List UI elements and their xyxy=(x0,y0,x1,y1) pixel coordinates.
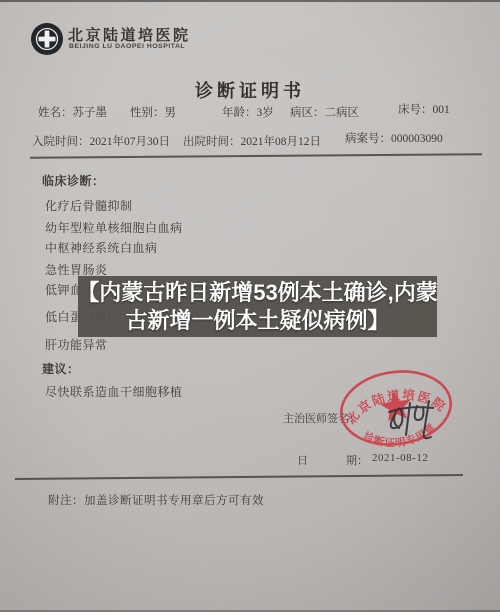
field-record-number: 病案号：000003090 xyxy=(345,130,443,146)
diagnosis-certificate-photo: 北京陆道培医院 BEIJING LU DAOPEI HOSPITAL 诊断证明书… xyxy=(0,0,500,612)
field-bed-number: 床号：001 xyxy=(398,101,450,117)
field-value: 2021年08月12日 xyxy=(241,136,322,148)
diagnosis-item: 肝功能异常 xyxy=(45,336,108,353)
suggestion-heading: 建议： xyxy=(42,360,80,377)
date-label-left: 日 xyxy=(297,452,308,468)
field-gender: 性别：男 xyxy=(130,104,176,120)
field-value: 3岁 xyxy=(257,107,274,119)
hospital-logo-icon xyxy=(30,22,64,56)
hospital-name-en: BEIJING LU DAOPEI HOSPITAL xyxy=(69,43,185,50)
hospital-name-cn: 北京陆道培医院 xyxy=(68,24,191,45)
field-value: 2021年07月30日 xyxy=(90,136,171,148)
diagnosis-heading: 临床诊断： xyxy=(42,172,105,189)
field-label: 床号： xyxy=(398,104,433,116)
field-value: 二病区 xyxy=(325,107,360,119)
field-label: 病案号： xyxy=(345,133,391,145)
date-label-right: 期： xyxy=(346,452,368,468)
field-label: 年龄： xyxy=(222,107,257,119)
field-discharge-date: 出院时间：2021年08月12日 xyxy=(183,133,321,149)
field-label: 病区： xyxy=(290,107,325,119)
field-label: 姓名： xyxy=(38,107,73,119)
suggestion-text: 尽快联系造血干细胞移植 xyxy=(45,383,183,400)
date-value: 2021-08-12 xyxy=(372,452,428,464)
diagnosis-item: 幼年型粒单核细胞白血病 xyxy=(45,219,183,236)
hospital-stamp: 北京陆道培医院 诊断证明专用章 xyxy=(330,362,462,454)
field-label: 性别： xyxy=(130,107,165,119)
divider xyxy=(15,474,463,480)
field-patient-name: 姓名：苏子墨 xyxy=(38,104,107,120)
field-value: 001 xyxy=(433,104,450,116)
field-value: 男 xyxy=(165,107,177,119)
news-banner-line1: 【内蒙古昨日新增53例本土确诊,内蒙 xyxy=(77,279,438,307)
news-banner-line2: 古新增一例本土疑似病例】 xyxy=(125,307,389,335)
divider xyxy=(30,153,482,158)
field-value: 苏子墨 xyxy=(73,107,108,119)
diagnosis-item: 化疗后骨髓抑制 xyxy=(45,197,133,214)
document-title: 诊断证明书 xyxy=(0,77,500,103)
field-label: 出院时间： xyxy=(183,136,241,148)
field-age: 年龄：3岁 xyxy=(222,104,274,120)
news-overlay-banner: 【内蒙古昨日新增53例本土确诊,内蒙 古新增一例本土疑似病例】 xyxy=(78,276,437,337)
field-value: 000003090 xyxy=(391,133,443,145)
field-label: 入院时间： xyxy=(32,136,90,148)
field-ward: 病区：二病区 xyxy=(290,104,359,120)
diagnosis-item: 中枢神经系统白血病 xyxy=(45,239,158,256)
footer-note: 附注：加盖诊断证明书专用章后方可有效 xyxy=(48,492,264,508)
field-admission-date: 入院时间：2021年07月30日 xyxy=(32,133,170,149)
